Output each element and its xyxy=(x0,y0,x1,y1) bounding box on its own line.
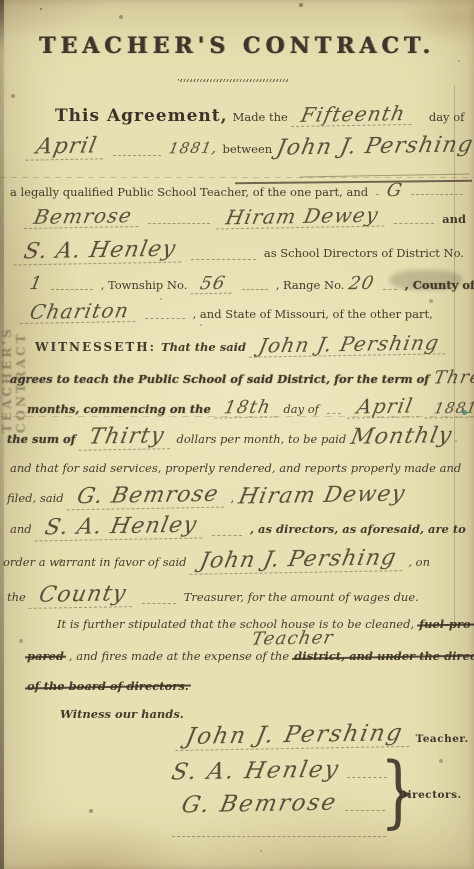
line-term: agrees to teach the Public School of sai… xyxy=(10,370,473,386)
and-word: and xyxy=(442,212,466,226)
opening-phrase: This Agreement, xyxy=(55,106,228,126)
day-of: day of xyxy=(429,110,465,124)
director-3-name: S. A. Henley xyxy=(34,517,206,542)
the-word: the xyxy=(7,590,26,604)
line-dateline: April 1881, between John J. Pershing xyxy=(28,138,472,160)
signature-director2-row: G. Bemrose xyxy=(182,795,388,815)
teach-clause: agrees to teach the Public School of sai… xyxy=(10,372,429,386)
fill-dashes xyxy=(191,259,255,260)
line-pay: the sum of Thirty dollars per month, to … xyxy=(7,428,473,450)
witness-hands: Witness our hands. xyxy=(60,707,184,721)
title-rule xyxy=(178,79,288,82)
sum-label: the sum of xyxy=(7,432,76,446)
township-number: 56 xyxy=(191,276,236,295)
fill-dashes xyxy=(148,223,211,224)
and-word: and xyxy=(10,522,32,536)
fill-dashes xyxy=(145,318,185,319)
qualified-clause: a legally qualified Public School Teache… xyxy=(10,185,368,199)
line-qualified: a legally qualified Public School Teache… xyxy=(10,183,466,199)
teacher-name: John J. Pershing xyxy=(189,549,406,574)
director-2-name: Hiram Dewey xyxy=(237,486,407,508)
county-label: , County of xyxy=(405,278,474,292)
directors-label-row: Directors. xyxy=(398,789,462,801)
services-clause: and that for said services, properly ren… xyxy=(10,461,461,475)
fill-dashes xyxy=(411,194,463,195)
range-label: , Range No. xyxy=(276,278,345,292)
fill-day-name: Fifteenth xyxy=(291,105,415,127)
line-treasurer: the County Treasurer, for the amount of … xyxy=(7,586,406,608)
fill-dashes xyxy=(376,194,379,195)
county-name: Chariton xyxy=(20,302,139,324)
line-insertion: Teacher xyxy=(252,631,333,646)
term-value: Three xyxy=(433,369,474,385)
school-directors-clause: as School Directors of District No. xyxy=(264,246,464,260)
warrant-clause: order a warrant in favor of said xyxy=(3,555,187,569)
line-filed: filed, said G. Bemrose , Hiram Dewey xyxy=(7,487,473,509)
paper-specks xyxy=(40,8,42,10)
fill-dashes xyxy=(113,155,161,156)
teacher-name: John J. Pershing xyxy=(249,334,449,357)
fill-dashes xyxy=(142,603,176,604)
start-year: 1881 xyxy=(424,401,474,418)
director-signature-2: G. Bemrose xyxy=(180,794,339,816)
director-signature-1: S. A. Henley xyxy=(170,761,342,783)
on-word: , on xyxy=(408,555,430,569)
fill-dashes xyxy=(242,289,268,290)
signature-director1-row: S. A. Henley xyxy=(172,762,390,782)
teacher-name: John J. Pershing xyxy=(275,136,474,158)
range-number: 20 xyxy=(348,276,376,292)
directors-label: Directors. xyxy=(398,789,462,801)
director-1-name: Bemrose xyxy=(24,207,142,229)
line-directors-1: Bemrose Hiram Dewey and xyxy=(26,208,466,228)
struck-district-clause: district, and under the direction xyxy=(294,649,474,663)
overflow-initial: G xyxy=(386,183,405,199)
stipulation-clause: It is further stipulated that the school… xyxy=(57,617,414,631)
state-clause: , and State of Missouri, of the other pa… xyxy=(193,307,433,321)
director-2-name: Hiram Dewey xyxy=(216,207,388,230)
per-month-clause: dollars per month, to be paid xyxy=(177,432,347,446)
teacher-signature: John J. Pershing xyxy=(175,724,413,751)
township-label: , Township No. xyxy=(101,278,188,292)
fill-dashes xyxy=(51,289,93,290)
fill-dashes xyxy=(212,535,242,536)
line-stipulation-3: of the board of directors. xyxy=(27,679,189,693)
director-3-name: S. A. Henley xyxy=(14,241,186,266)
filed-label: filed, said xyxy=(7,491,64,505)
horizontal-crease-top xyxy=(0,177,474,178)
vertical-crease xyxy=(454,85,455,625)
scan-edge-shadow xyxy=(0,0,4,869)
director-1-name: G. Bemrose xyxy=(66,486,228,510)
line-opening: This Agreement, Made the Fifteenth day o… xyxy=(55,106,460,126)
aforesaid-clause: , as directors, as aforesaid, are to xyxy=(250,522,466,536)
signature-empty-row xyxy=(172,836,386,837)
fill-dashes xyxy=(327,413,341,414)
teacher-label: Teacher. xyxy=(416,733,469,745)
struck-pared: pared xyxy=(27,649,64,663)
line-warrant: order a warrant in favor of said John J.… xyxy=(3,551,472,573)
made-the: Made the xyxy=(233,110,288,124)
district-number: 1 xyxy=(28,276,44,292)
start-day: 18th xyxy=(214,399,280,418)
line-witnesseth: WITNESSETH: That the said John J. Pershi… xyxy=(35,336,450,356)
treasurer-fund: County xyxy=(29,585,136,608)
fill-month: April xyxy=(26,137,107,160)
fill-year: 1881, xyxy=(167,142,219,156)
that-the-said: That the said xyxy=(161,340,246,354)
line-witness-hands: Witness our hands. xyxy=(60,707,184,721)
line-aforesaid: and S. A. Henley , as directors, as afor… xyxy=(10,518,466,540)
inserted-word: Teacher xyxy=(250,630,335,647)
fill-dashes xyxy=(345,810,385,811)
line-stipulation-2: pared , and fires made at the expense of… xyxy=(27,649,472,663)
pay-mode: Monthly xyxy=(349,427,454,447)
comma: , xyxy=(231,491,235,505)
line-commence: months, commencing on the 18th day of Ap… xyxy=(27,398,468,418)
witnesseth-label: WITNESSETH: xyxy=(35,340,156,354)
line-district: 1 , Township No. 56 , Range No. 20 , Cou… xyxy=(30,276,462,294)
treasurer-clause: Treasurer, for the amount of wages due. xyxy=(184,590,419,604)
fires-clause: , and fires made at the expense of the xyxy=(69,649,289,663)
line-county: Chariton , and State of Missouri, of the… xyxy=(22,303,419,323)
start-month: April xyxy=(347,397,423,418)
struck-board-clause: of the board of directors. xyxy=(27,679,189,693)
commence-clause: months, commencing on the xyxy=(27,402,211,416)
line-directors-2: S. A. Henley as School Directors of Dist… xyxy=(16,242,464,264)
fill-dashes xyxy=(172,836,386,837)
day-of: day of xyxy=(283,402,319,416)
teachers-contract-page: TEACHER'S CONTRACT TEACHER'S CONTRACT. T… xyxy=(0,0,474,869)
fill-dashes xyxy=(394,223,434,224)
line-services: and that for said services, properly ren… xyxy=(10,461,462,475)
struck-fuel-pro: fuel-pro- xyxy=(419,617,474,631)
sum-amount: Thirty xyxy=(78,427,173,450)
fill-dashes xyxy=(383,289,397,290)
between-word: between xyxy=(223,142,273,156)
document-title: TEACHER'S CONTRACT. xyxy=(0,33,474,59)
